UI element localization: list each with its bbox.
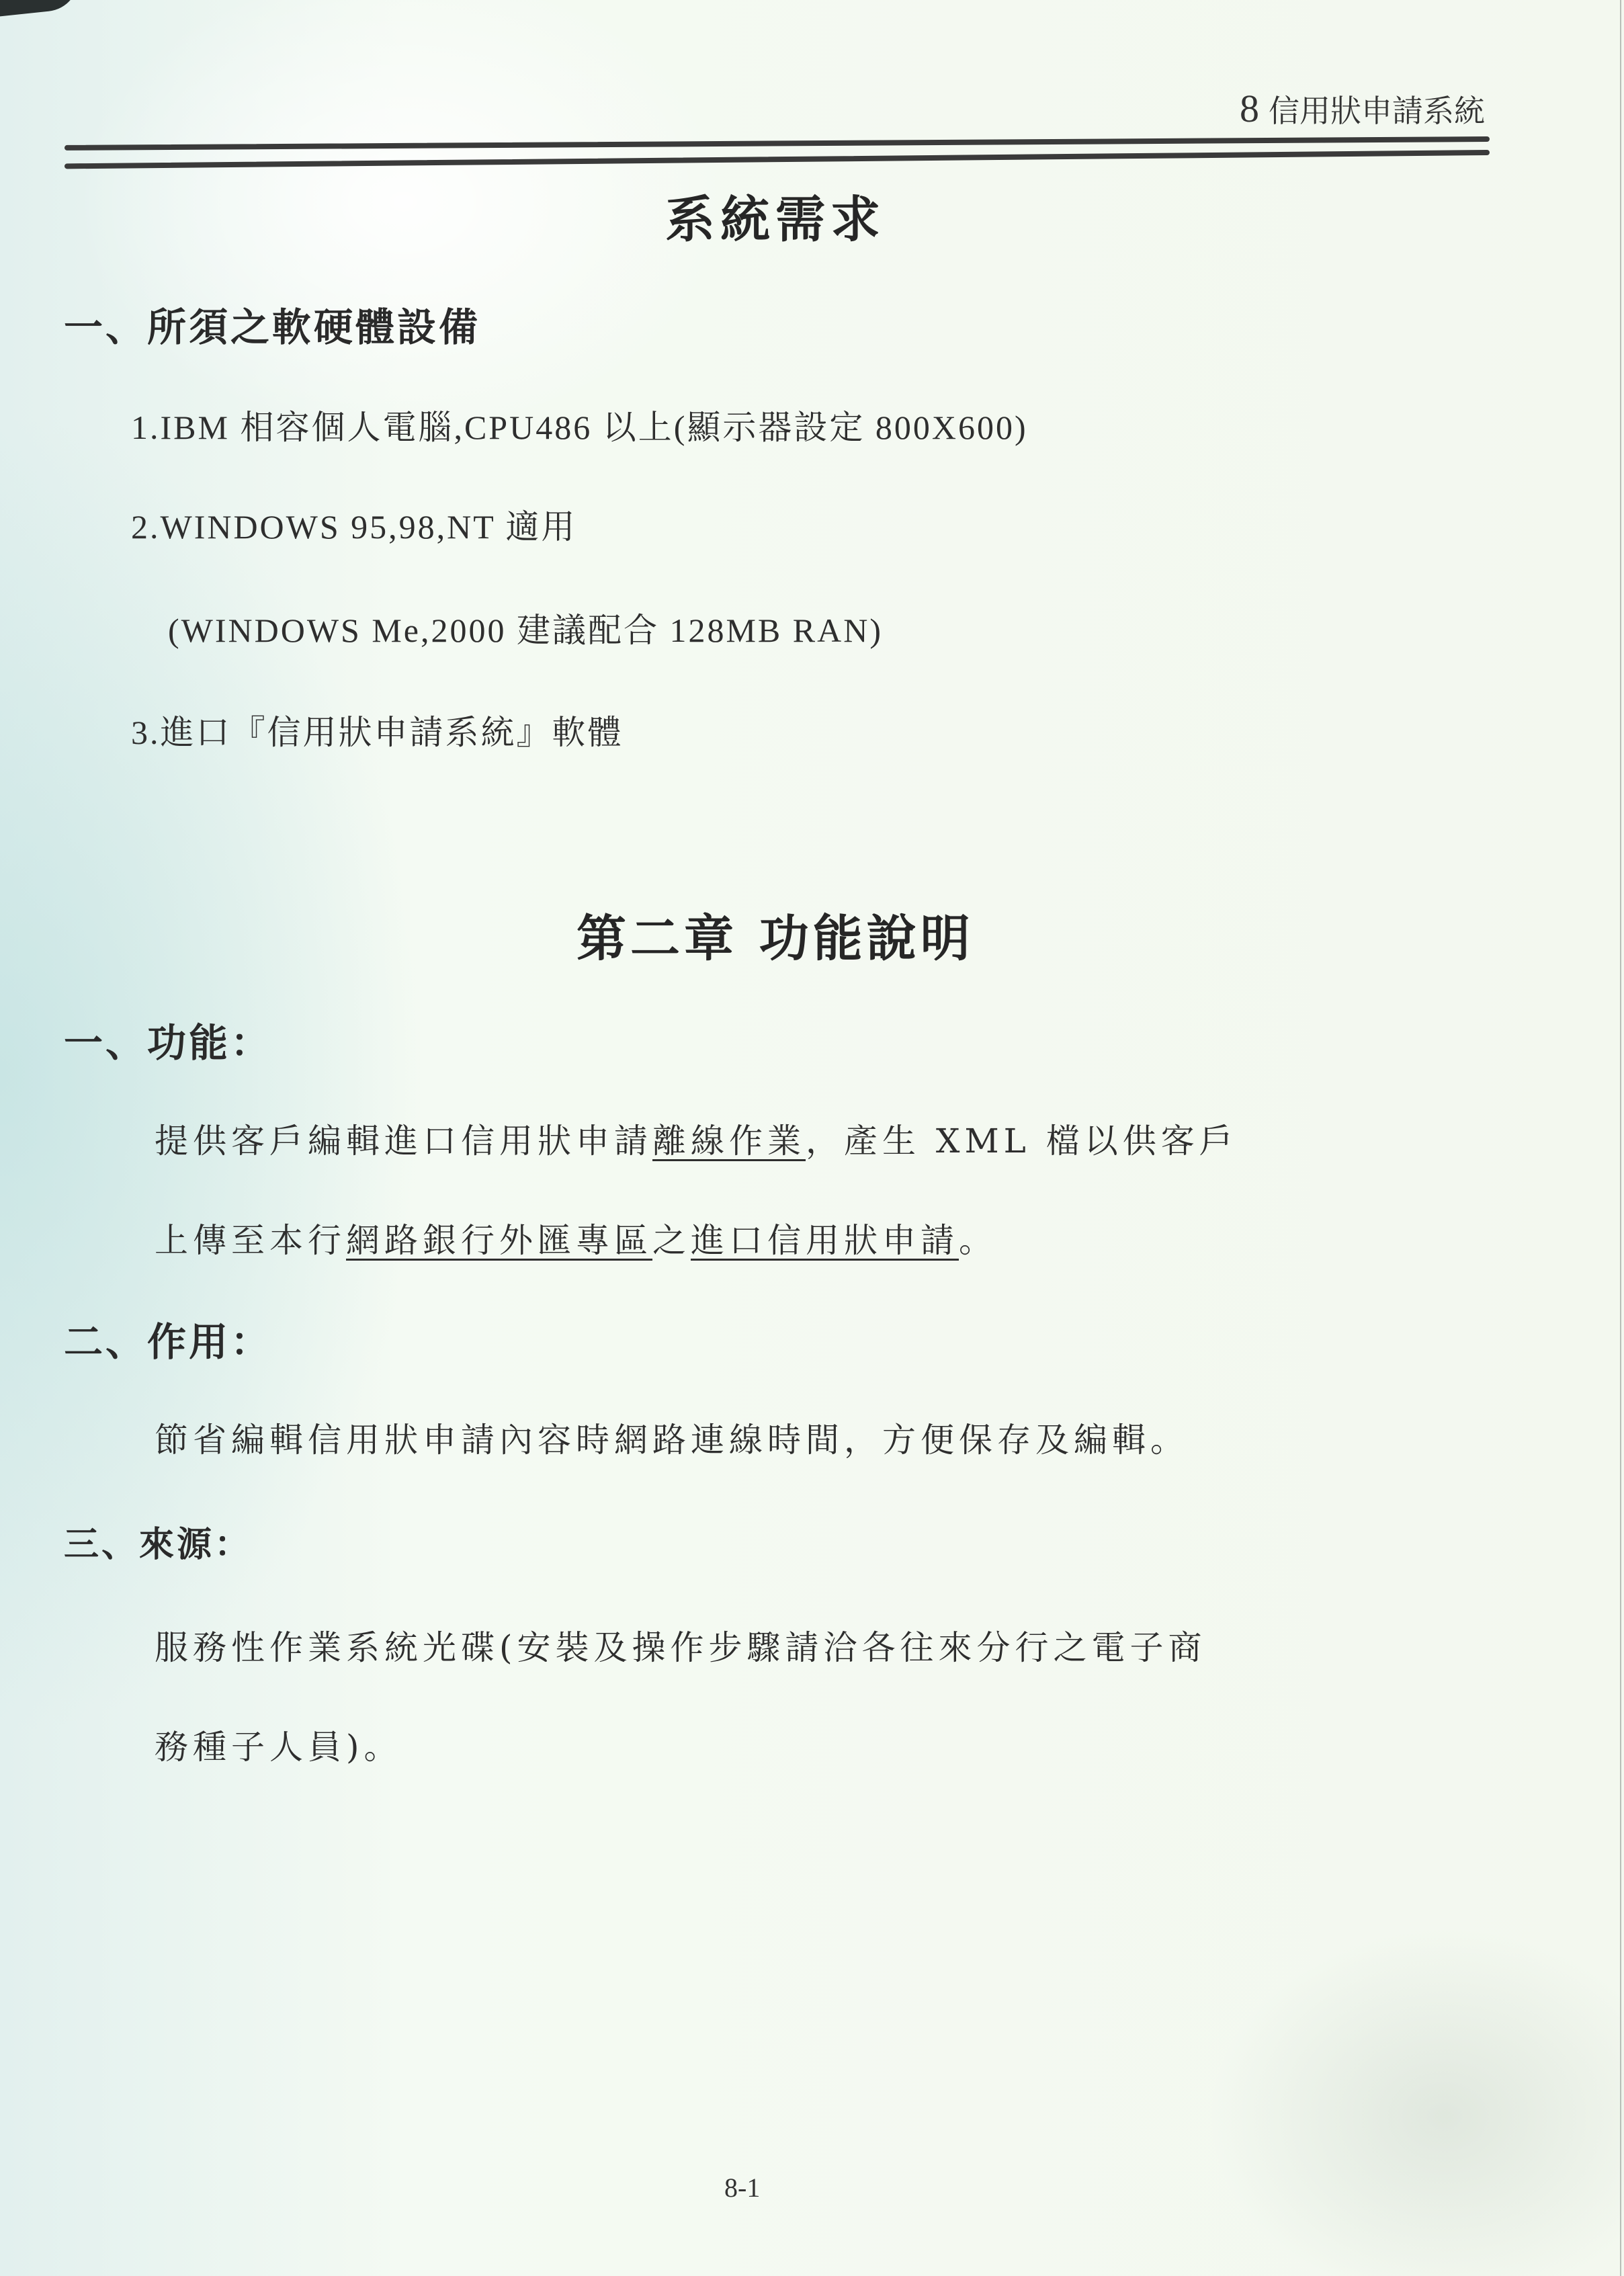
running-header: 8信用狀申請系統 xyxy=(1240,86,1485,131)
requirement-item-2-note: (WINDOWS Me,2000 建議配合 128MB RAN) xyxy=(168,603,883,652)
function-paragraph-line-2: 上傳至本行網路銀行外匯專區之進口信用狀申請。 xyxy=(155,1214,997,1262)
source-paragraph-line-2: 務種子人員)。 xyxy=(155,1720,402,1769)
text-run: 提供客戶編輯進口信用狀申請 xyxy=(155,1122,652,1161)
underlined-term-import-lc-application: 進口信用狀申請 xyxy=(691,1221,959,1260)
text-run: ，產生 XML 檔以供客戶 xyxy=(806,1122,1238,1161)
text-run: 。 xyxy=(959,1221,997,1260)
page-edge-line xyxy=(1620,0,1621,2276)
purpose-paragraph: 節省編輯信用狀申請內容時網路連線時間，方便保存及編輯。 xyxy=(155,1413,1189,1462)
function-paragraph-line-1: 提供客戶編輯進口信用狀申請離線作業，產生 XML 檔以供客戶 xyxy=(155,1114,1238,1163)
text-run: 之 xyxy=(652,1221,691,1260)
heading-function: 一、功能： xyxy=(64,1011,272,1068)
heading-source: 三、來源： xyxy=(64,1516,252,1566)
underlined-term-online-banking-fx: 網路銀行外匯專區 xyxy=(346,1221,652,1260)
source-paragraph-line-1: 服務性作業系統光碟(安裝及操作步驟請洽各往來分行之電子商 xyxy=(155,1621,1207,1669)
underlined-term-offline-operation: 離線作業 xyxy=(652,1122,806,1161)
requirement-item-3: 3.進口『信用狀申請系統』軟體 xyxy=(131,706,624,754)
chapter-title: 信用狀申請系統 xyxy=(1269,93,1485,129)
requirement-item-2: 2.WINDOWS 95,98,NT 適用 xyxy=(131,500,576,548)
page-number: 8-1 xyxy=(724,2172,760,2203)
chapter-number: 8 xyxy=(1240,87,1259,130)
section-title-system-requirements: 系統需求 xyxy=(665,180,886,251)
requirement-item-1: 1.IBM 相容個人電腦,CPU486 以上(顯示器設定 800X600) xyxy=(131,401,1028,449)
subsection-heading-equipment: 一、所須之軟硬體設備 xyxy=(64,296,480,352)
text-run: 上傳至本行 xyxy=(155,1221,346,1260)
chapter-two-title: 第二章 功能說明 xyxy=(576,899,974,970)
heading-purpose: 二、作用： xyxy=(64,1310,272,1367)
